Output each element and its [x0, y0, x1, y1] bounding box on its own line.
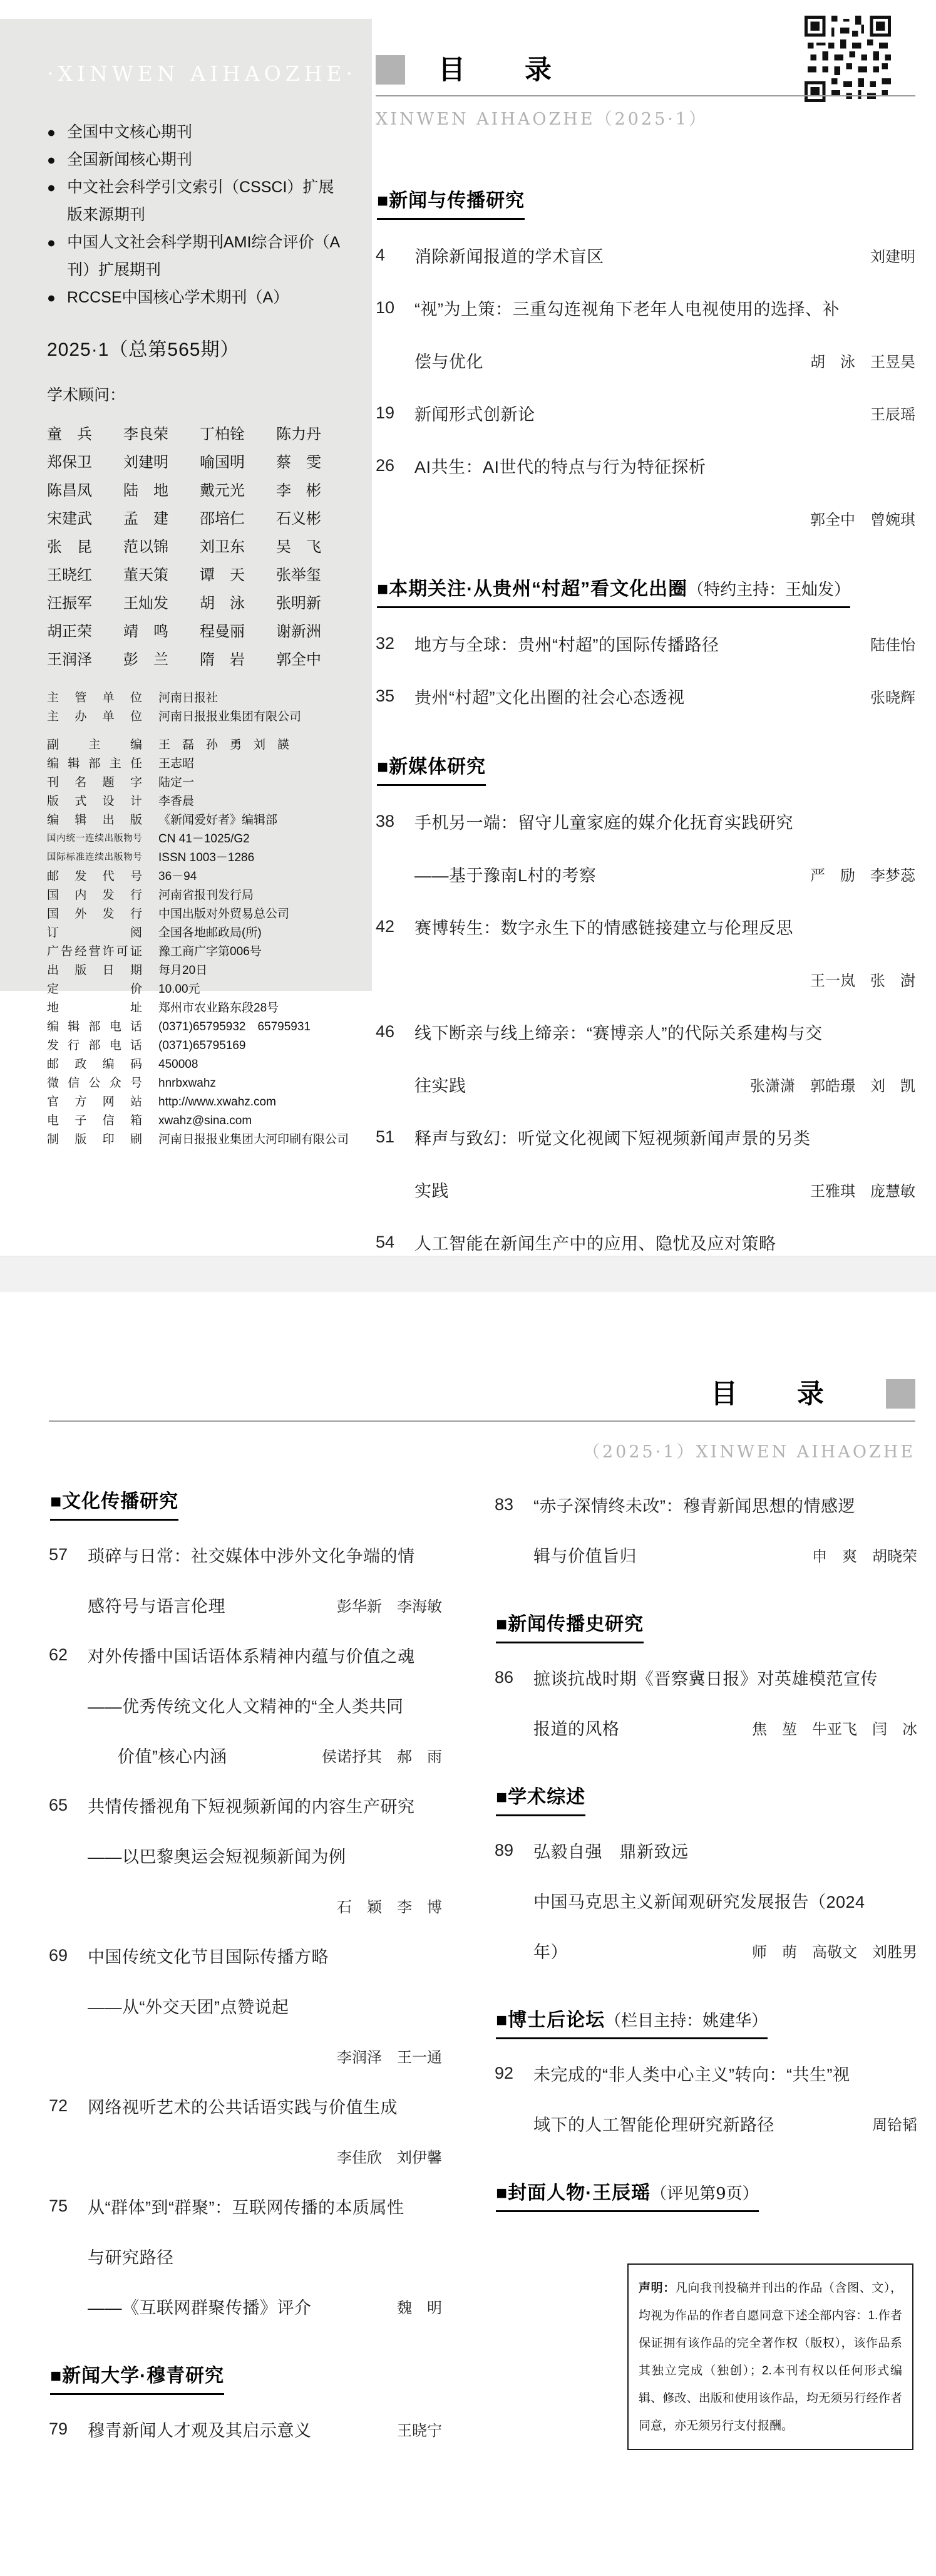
accolade-item: ●全国新闻核心期刊	[47, 146, 347, 173]
toc-entry-line: 92未完成的“非人类中心主义”转向：“共生”视	[495, 2048, 917, 2098]
info-value: 王志昭	[158, 756, 194, 772]
article-authors: 张晓辉	[858, 685, 915, 707]
toc-entry-line: 86摭谈抗战时期《晋察冀日报》对英雄模范宣传	[495, 1652, 917, 1702]
info-value: 豫工商广字第006号	[158, 944, 262, 960]
info-label: 地 址	[47, 1000, 142, 1016]
info-value: 河南日报报业集团大河印刷有限公司	[158, 1132, 349, 1147]
article-authors: 侯诺抒其 郝 雨	[309, 1744, 442, 1766]
article-authors: 陆佳怡	[858, 633, 915, 654]
info-value: 李香晨	[158, 794, 194, 809]
toc-entry: 35贵州“村超”文化出圈的社会心态透视张晓辉	[376, 670, 915, 722]
article-title: 贵州“村超”文化出圈的社会心态透视	[414, 684, 684, 708]
toc-section: ■新媒体研究38手机另一端：留守儿童家庭的媒介化抚育实践研究——基于豫南L村的考…	[376, 751, 915, 1256]
article-authors: 胡 泳 王昱昊	[798, 349, 915, 371]
advisor-name: 陈力丹	[276, 422, 349, 443]
toc-entry-line: 83“赤子深情终未改”：穆青新闻思想的情感逻	[495, 1479, 917, 1529]
toc-entry: 83“赤子深情终未改”：穆青新闻思想的情感逻辑与价值旨归申 爽 胡晓荣	[495, 1479, 917, 1580]
advisor-name: 郭全中	[276, 647, 349, 669]
toc-section: ■封面人物·王辰瑶（评见第9页）	[495, 2177, 917, 2212]
issue-number: 2025·1（总第565期）	[47, 334, 347, 361]
toc-entry: 42赛博转生：数字永生下的情感链接建立与伦理反思王一岚 张 澍	[376, 900, 915, 1005]
advisor-name: 靖 鸣	[123, 619, 196, 641]
page-number: 57	[49, 1545, 88, 1565]
section-title: ■新闻传播史研究	[496, 1614, 644, 1635]
advisor-name: 吴 飞	[276, 534, 349, 556]
advisors-label: 学术顾问：	[47, 383, 347, 405]
info-value: hnrbxwahz	[158, 1075, 216, 1091]
article-title: 手机另一端：留守儿童家庭的媒介化抚育实践研究	[414, 809, 793, 834]
info-row: 微信公众号hnrbxwahz	[47, 1075, 347, 1091]
info-row: 订 阅全国各地邮政局(所)	[47, 925, 347, 941]
info-label: 邮 政 编 码	[47, 1057, 142, 1072]
article-title: 线下断亲与线上缔亲：“赛博亲人”的代际关系建构与交	[414, 1020, 822, 1044]
toc-entry-line: 价值”核心内涵侯诺抒其 郝 雨	[49, 1730, 442, 1780]
publication-info-list: 主 管 单 位河南日报社主 办 单 位河南日报报业集团有限公司副 主 编王 磊 …	[47, 690, 347, 1147]
info-row: 国 内 发 行河南省报刊发行局	[47, 887, 347, 903]
article-title: 释声与致幻：听觉文化视阈下短视频新闻声景的另类	[414, 1125, 811, 1149]
page-number: 75	[49, 2196, 88, 2216]
article-authors: 师 萌 高敬文 刘胜男	[739, 1940, 917, 1962]
page-number: 65	[49, 1796, 88, 1815]
article-title: 消除新闻报道的学术盲区	[414, 243, 604, 267]
article-title: 赛博转生：数字永生下的情感链接建立与伦理反思	[414, 914, 793, 939]
advisor-name: 喻国明	[200, 450, 272, 472]
page-number: 46	[376, 1022, 414, 1042]
toc-entry-line: 10“视”为上策：三重勾连视角下老年人电视使用的选择、补	[376, 281, 915, 334]
toc-entry-line: 辑与价值旨归申 爽 胡晓荣	[495, 1529, 917, 1580]
info-value: ISSN 1003－1286	[158, 850, 254, 866]
info-row: 国际标准连续出版物号ISSN 1003－1286	[47, 850, 347, 866]
article-title: 摭谈抗战时期《晋察冀日报》对英雄模范宣传	[533, 1665, 878, 1690]
info-value: 河南省报刊发行局	[158, 887, 254, 903]
toc-right-column: 83“赤子深情终未改”：穆青新闻思想的情感逻辑与价值旨归申 爽 胡晓荣■新闻传播…	[495, 1479, 917, 2450]
info-label: 制 版 印 刷	[47, 1132, 142, 1147]
info-row: 电 子 信 箱xwahz@sina.com	[47, 1113, 347, 1129]
advisor-name: 范以锦	[123, 534, 196, 556]
section-title: ■本期关注·从贵州“村超”看文化出圈	[377, 579, 687, 599]
toc-section: ■新闻大学·穆青研究79穆青新闻人才观及其启示意义王晓宁	[49, 2360, 442, 2454]
advisor-name: 谭 天	[200, 562, 272, 584]
info-row: 邮 政 编 码450008	[47, 1057, 347, 1072]
bullet-icon: ●	[47, 146, 67, 173]
info-value: 郑州市农业路东段28号	[158, 1000, 279, 1016]
info-row: 发行部电话(0371)65795169	[47, 1038, 347, 1053]
toc-entry-line: 郭全中 曾婉琪	[376, 492, 915, 544]
toc-entry-line: 偿与优化胡 泳 王昱昊	[376, 334, 915, 386]
page-number: 72	[49, 2096, 88, 2116]
info-value: 10.00元	[158, 981, 200, 997]
article-authors: 彭华新 李海敏	[324, 1594, 442, 1616]
info-label: 版 式 设 计	[47, 794, 142, 809]
info-label: 刊 名 题 字	[47, 775, 142, 790]
advisor-name: 戴元光	[200, 478, 272, 500]
toc-section: 83“赤子深情终未改”：穆青新闻思想的情感逻辑与价值旨归申 爽 胡晓荣	[495, 1479, 917, 1580]
advisor-name: 郑保卫	[47, 450, 120, 472]
page-number: 26	[376, 456, 414, 475]
article-authors: 石 颖 李 博	[324, 1895, 442, 1916]
toc-entry-line: 62对外传播中国话语体系精神内蕴与价值之魂	[49, 1630, 442, 1680]
toc-entry-line: 李润泽 王一通	[49, 2030, 442, 2081]
article-title: 琐碎与日常：社交媒体中涉外文化争端的情	[88, 1543, 415, 1567]
advisors-grid: 童 兵李良荣丁柏铨陈力丹郑保卫刘建明喻国明蔡 雯陈昌凤陆 地戴元光李 彬宋建武孟…	[47, 422, 349, 669]
toc-entry: 38手机另一端：留守儿童家庭的媒介化抚育实践研究——基于豫南L村的考察严 励 李…	[376, 795, 915, 900]
toc-section: ■文化传播研究57琐碎与日常：社交媒体中涉外文化争端的情感符号与语言伦理彭华新 …	[49, 1486, 442, 2331]
advisor-name: 程曼丽	[200, 619, 272, 641]
toc-entry-line: 38手机另一端：留守儿童家庭的媒介化抚育实践研究	[376, 795, 915, 847]
toc-entry-line: 69中国传统文化节目国际传播方略	[49, 1930, 442, 1980]
advisor-name: 宋建武	[47, 506, 120, 528]
toc-entry-line: 65共情传播视角下短视频新闻的内容生产研究	[49, 1780, 442, 1830]
article-title: “视”为上策：三重勾连视角下老年人电视使用的选择、补	[414, 296, 840, 320]
article-title: 中国马克思主义新闻观研究发展报告（2024	[533, 1888, 865, 1913]
info-value: 36－94	[158, 869, 197, 884]
article-title: 新闻形式创新论	[414, 401, 535, 425]
info-value: 450008	[158, 1057, 198, 1072]
toc-entry-line: 与研究路径	[49, 2231, 442, 2281]
info-value: 陆定一	[158, 775, 194, 790]
toc-entry-line: 46线下断亲与线上缔亲：“赛博亲人”的代际关系建构与交	[376, 1005, 915, 1058]
toc-entry-line: 域下的人工智能伦理研究新路径周铪韬	[495, 2098, 917, 2148]
advisor-name: 童 兵	[47, 422, 120, 443]
toc-entry: 62对外传播中国话语体系精神内蕴与价值之魂——优秀传统文化人文精神的“全人类共同…	[49, 1630, 442, 1780]
article-authors: 张潇潇 郭皓璟 刘 凯	[738, 1073, 915, 1095]
advisor-name: 王润泽	[47, 647, 120, 669]
journal-info-sidebar: ·XINWEN AIHAOZHE· ●全国中文核心期刊●全国新闻核心期刊●中文社…	[0, 19, 372, 991]
toc-entry: 32地方与全球：贵州“村超”的国际传播路径陆佳怡	[376, 617, 915, 670]
info-label: 副 主 编	[47, 737, 142, 753]
toc-entry-line: 中国马克思主义新闻观研究发展报告（2024	[495, 1875, 917, 1925]
toc-entry-line: 年）师 萌 高敬文 刘胜男	[495, 1925, 917, 1975]
info-value: 《新闻爱好者》编辑部	[158, 812, 277, 828]
toc-entry-line: 89弘毅自强 鼎新致远	[495, 1825, 917, 1875]
toc-entry: 86摭谈抗战时期《晋察冀日报》对英雄模范宣传报道的风格焦 堃 牛亚飞 闫 冰	[495, 1652, 917, 1752]
article-title: 域下的人工智能伦理研究新路径	[533, 2111, 774, 2136]
advisor-name: 李良荣	[123, 422, 196, 443]
info-value: 河南日报报业集团有限公司	[158, 709, 301, 725]
info-value: (0371)65795932 65795931	[158, 1019, 311, 1035]
article-title: 未完成的“非人类中心主义”转向：“共生”视	[533, 2061, 850, 2086]
advisor-name: 刘卫东	[200, 534, 272, 556]
advisor-name: 谢新洲	[276, 619, 349, 641]
section-header: ■新媒体研究	[377, 751, 915, 786]
article-title: 与研究路径	[88, 2244, 174, 2268]
info-label: 电 子 信 箱	[47, 1113, 142, 1129]
section-header: ■新闻与传播研究	[377, 185, 915, 220]
advisor-name: 隋 岩	[200, 647, 272, 669]
toc-entry: 92未完成的“非人类中心主义”转向：“共生”视域下的人工智能伦理研究新路径周铪韬	[495, 2048, 917, 2148]
advisor-name: 胡 泳	[200, 591, 272, 613]
article-title: 往实践	[414, 1072, 466, 1097]
page-number: 35	[376, 686, 414, 706]
info-label: 广告经营许可证	[47, 944, 142, 960]
advisor-name: 张 昆	[47, 534, 120, 556]
info-row: 定 价10.00元	[47, 981, 347, 997]
toc-entry-line: 35贵州“村超”文化出圈的社会心态透视张晓辉	[376, 670, 915, 722]
advisor-name: 张明新	[276, 591, 349, 613]
accolade-item: ●全国中文核心期刊	[47, 118, 347, 146]
info-label: 国内统一连续出版物号	[47, 831, 142, 847]
info-label: 主 管 单 位	[47, 690, 142, 706]
toc-header-rule	[49, 1420, 915, 1422]
article-authors: 魏 明	[384, 2295, 442, 2317]
advisor-name: 王灿发	[123, 591, 196, 613]
page-number: 86	[495, 1668, 533, 1687]
info-value: 王 磊 孙 勇 刘 韺	[158, 737, 289, 753]
toc-entry: 4消除新闻报道的学术盲区刘建明	[376, 229, 915, 281]
article-authors: 王辰瑶	[858, 402, 915, 424]
toc-subtitle: （2025·1）XINWEN AIHAOZHE	[583, 1438, 915, 1462]
journal-masthead: ·XINWEN AIHAOZHE·	[47, 61, 347, 86]
article-title: 对外传播中国话语体系精神内蕴与价值之魂	[88, 1643, 415, 1667]
article-authors: 郭全中 曾婉琪	[798, 507, 915, 529]
info-value: xwahz@sina.com	[158, 1113, 252, 1129]
article-title: 中国传统文化节目国际传播方略	[88, 1943, 329, 1968]
toc-entry: 75从“群体”到“群聚”：互联网传播的本质属性与研究路径——《互联网群聚传播》评…	[49, 2181, 442, 2331]
section-title: ■新闻与传播研究	[377, 190, 525, 211]
article-title: 年）	[533, 1938, 568, 1963]
advisor-name: 邵培仁	[200, 506, 272, 528]
info-label: 编 辑 出 版	[47, 812, 142, 828]
toc-entry-line: ——优秀传统文化人文精神的“全人类共同	[49, 1680, 442, 1730]
toc-entry: 51释声与致幻：听觉文化视阈下短视频新闻声景的另类实践王雅琪 庞慧敏	[376, 1110, 915, 1216]
section-title: ■封面人物·王辰瑶	[496, 2183, 651, 2203]
advisor-name: 彭 兰	[123, 647, 196, 669]
article-title: “赤子深情终未改”：穆青新闻思想的情感逻	[533, 1492, 855, 1517]
article-authors: 李佳欣 刘伊馨	[324, 2145, 442, 2167]
article-authors: 王一岚 张 澍	[798, 968, 915, 990]
section-header: ■新闻传播史研究	[496, 1608, 917, 1643]
article-title: 从“群体”到“群聚”：互联网传播的本质属性	[88, 2194, 404, 2218]
toc-main-column: 目 录 XINWEN AIHAOZHE（2025·1）	[376, 38, 915, 130]
article-title: ——以巴黎奥运会短视频新闻为例	[88, 1843, 346, 1868]
accolade-text: 全国新闻核心期刊	[67, 151, 192, 168]
toc-entry-line: 感符号与语言伦理彭华新 李海敏	[49, 1580, 442, 1630]
advisor-name: 王晓红	[47, 562, 120, 584]
advisor-name: 孟 建	[123, 506, 196, 528]
article-title: 共情传播视角下短视频新闻的内容生产研究	[88, 1793, 415, 1818]
toc-entry-line: ——以巴黎奥运会短视频新闻为例	[49, 1830, 442, 1880]
article-authors: 李润泽 王一通	[324, 2045, 442, 2067]
toc-page-2: 目 录 （2025·1）XINWEN AIHAOZHE ■文化传播研究57琐碎与…	[0, 1291, 936, 2576]
page-number: 92	[495, 2064, 533, 2083]
info-label: 国际标准连续出版物号	[47, 850, 142, 866]
info-label: 编辑部电话	[47, 1019, 142, 1035]
info-label: 发行部电话	[47, 1038, 142, 1053]
advisor-name: 陆 地	[123, 478, 196, 500]
info-value: 中国出版对外贸易总公司	[158, 906, 289, 922]
info-value: http://www.xwahz.com	[158, 1094, 276, 1110]
toc-section: ■博士后论坛（栏目主持：姚建华）92未完成的“非人类中心主义”转向：“共生”视域…	[495, 2004, 917, 2148]
article-title: 偿与优化	[414, 348, 483, 373]
toc-entry-line: 报道的风格焦 堃 牛亚飞 闫 冰	[495, 1702, 917, 1752]
section-title: ■博士后论坛	[496, 2010, 605, 2030]
toc-entry-line: ——从“外交天团”点赞说起	[49, 1980, 442, 2030]
article-authors: 严 励 李梦蕊	[798, 863, 915, 885]
advisor-name: 石义彬	[276, 506, 349, 528]
toc-section: ■新闻与传播研究4消除新闻报道的学术盲区刘建明10“视”为上策：三重勾连视角下老…	[376, 185, 915, 544]
article-authors: 王晓宁	[384, 2418, 442, 2440]
toc-section: ■本期关注·从贵州“村超”看文化出圈（特约主持：王灿发）32地方与全球：贵州“村…	[376, 573, 915, 722]
info-row: 广告经营许可证豫工商广字第006号	[47, 944, 347, 960]
section-header: ■学术综述	[496, 1781, 917, 1816]
info-row: 编 辑 出 版《新闻爱好者》编辑部	[47, 812, 347, 828]
section-note: （栏目主持：姚建华）	[605, 2012, 768, 2030]
section-note: （特约主持：王灿发）	[687, 581, 850, 599]
page-number: 10	[376, 298, 414, 318]
advisor-name: 李 彬	[276, 478, 349, 500]
page-number: 19	[376, 403, 414, 423]
accolade-text: 中国人文社会科学期刊AMI综合评价（A刊）扩展期刊	[67, 234, 340, 279]
toc-entry: 19新闻形式创新论王辰瑶	[376, 386, 915, 439]
toc-entry-line: 42赛博转生：数字永生下的情感链接建立与伦理反思	[376, 900, 915, 953]
info-label: 邮 发 代 号	[47, 869, 142, 884]
info-row: 版 式 设 计李香晨	[47, 794, 347, 809]
bullet-icon: ●	[47, 284, 67, 311]
page-number: 62	[49, 1645, 88, 1665]
toc-entry: 26AI共生：AI世代的特点与行为特征探析郭全中 曾婉琪	[376, 439, 915, 544]
page-number: 54	[376, 1233, 414, 1252]
info-label: 编辑部主任	[47, 756, 142, 772]
info-row: 主 管 单 位河南日报社	[47, 690, 347, 706]
info-row: 编辑部主任王志昭	[47, 756, 347, 772]
info-row: 国 外 发 行中国出版对外贸易总公司	[47, 906, 347, 922]
article-title: 穆青新闻人才观及其启示意义	[88, 2417, 312, 2441]
info-row: 出 版 日 期每月20日	[47, 963, 347, 978]
advisor-name: 胡正荣	[47, 619, 120, 641]
page-number: 42	[376, 917, 414, 936]
toc-entry-line: 往实践张潇潇 郭皓璟 刘 凯	[376, 1058, 915, 1110]
accolade-text: RCCSE中国核心学术期刊（A）	[67, 289, 289, 306]
info-label: 订 阅	[47, 925, 142, 941]
copyright-statement: 声明：凡向我刊投稿并刊出的作品（含图、文），均视为作品的作者自愿同意下述全部内容…	[627, 2263, 913, 2450]
toc-entry-line: 75从“群体”到“群聚”：互联网传播的本质属性	[49, 2181, 442, 2231]
info-label: 主 办 单 位	[47, 709, 142, 725]
article-title: 价值”核心内涵	[88, 1743, 227, 1767]
bullet-icon: ●	[47, 118, 67, 146]
info-label: 定 价	[47, 981, 142, 997]
toc-entry-line: 72网络视听艺术的公共话语实践与价值生成	[49, 2081, 442, 2131]
info-row: 编辑部电话(0371)65795932 65795931	[47, 1019, 347, 1035]
toc-entry-line: 19新闻形式创新论王辰瑶	[376, 386, 915, 439]
toc-entry: 72网络视听艺术的公共话语实践与价值生成李佳欣 刘伊馨	[49, 2081, 442, 2181]
advisor-name: 蔡 雯	[276, 450, 349, 472]
article-authors: 申 爽 胡晓荣	[800, 1544, 917, 1566]
accolade-list: ●全国中文核心期刊●全国新闻核心期刊●中文社会科学引文索引（CSSCI）扩展版来…	[47, 118, 347, 311]
toc-entry: 46线下断亲与线上缔亲：“赛博亲人”的代际关系建构与交往实践张潇潇 郭皓璟 刘 …	[376, 1005, 915, 1110]
section-note: （评见第9页）	[651, 2185, 759, 2203]
page-number: 38	[376, 812, 414, 831]
advisor-name: 董天策	[123, 562, 196, 584]
section-header: ■文化传播研究	[50, 1486, 442, 1521]
accolade-text: 全国中文核心期刊	[67, 123, 192, 141]
statement-label: 声明：	[639, 2282, 676, 2295]
toc-section: ■新闻传播史研究86摭谈抗战时期《晋察冀日报》对英雄模范宣传报道的风格焦 堃 牛…	[495, 1608, 917, 1752]
article-title: AI共生：AI世代的特点与行为特征探析	[414, 453, 706, 478]
toc-entry: 54人工智能在新闻生产中的应用、隐忧及应对策略于天姝 顾理平	[376, 1216, 915, 1256]
toc-entry-line: 实践王雅琪 庞慧敏	[376, 1163, 915, 1216]
toc-entry-line: 26AI共生：AI世代的特点与行为特征探析	[376, 439, 915, 492]
article-title: 实践	[414, 1177, 449, 1202]
toc-page-1: ·XINWEN AIHAOZHE· ●全国中文核心期刊●全国新闻核心期刊●中文社…	[0, 0, 936, 1256]
section-header: ■新闻大学·穆青研究	[50, 2360, 442, 2395]
toc-page-title: 目 录	[438, 49, 568, 87]
section-title: ■新闻大学·穆青研究	[50, 2366, 224, 2386]
toc-entry: 65共情传播视角下短视频新闻的内容生产研究——以巴黎奥运会短视频新闻为例石 颖 …	[49, 1780, 442, 1930]
statement-body: 凡向我刊投稿并刊出的作品（含图、文），均视为作品的作者自愿同意下述全部内容：1.…	[639, 2282, 902, 2433]
bullet-icon: ●	[47, 173, 67, 201]
article-title: 感符号与语言伦理	[88, 1593, 225, 1617]
advisor-name: 张举玺	[276, 562, 349, 584]
info-label: 出 版 日 期	[47, 963, 142, 978]
page-number: 51	[376, 1127, 414, 1147]
article-authors: 周铪韬	[860, 2113, 917, 2134]
info-label: 国 内 发 行	[47, 887, 142, 903]
info-row: 邮 发 代 号36－94	[47, 869, 347, 884]
toc-entry: 10“视”为上策：三重勾连视角下老年人电视使用的选择、补偿与优化胡 泳 王昱昊	[376, 281, 915, 386]
toc-entry: 79穆青新闻人才观及其启示意义王晓宁	[49, 2404, 442, 2454]
accolade-item: ●RCCSE中国核心学术期刊（A）	[47, 284, 347, 311]
accolade-text: 中文社会科学引文索引（CSSCI）扩展版来源期刊	[67, 178, 334, 224]
toc-header-rule	[376, 95, 915, 96]
toc-left-column: ■文化传播研究57琐碎与日常：社交媒体中涉外文化争端的情感符号与语言伦理彭华新 …	[49, 1479, 442, 2454]
info-value: (0371)65795169	[158, 1038, 245, 1053]
info-row: 地 址郑州市农业路东段28号	[47, 1000, 347, 1016]
article-title: 地方与全球：贵州“村超”的国际传播路径	[414, 631, 719, 656]
page-number: 69	[49, 1946, 88, 1965]
toc-entry-line: 4消除新闻报道的学术盲区刘建明	[376, 229, 915, 281]
info-value: 河南日报社	[158, 690, 218, 706]
toc-entry-line: ——基于豫南L村的考察严 励 李梦蕊	[376, 847, 915, 900]
toc-entry-line: 王一岚 张 澍	[376, 953, 915, 1005]
page-number: 4	[376, 246, 414, 265]
article-title: ——《互联网群聚传播》评介	[88, 2294, 312, 2319]
section-title: ■学术综述	[496, 1787, 585, 1808]
article-authors: 王雅琪 庞慧敏	[798, 1179, 915, 1201]
article-title: ——基于豫南L村的考察	[414, 862, 597, 886]
toc-entry-line: ——《互联网群聚传播》评介魏 明	[49, 2281, 442, 2331]
toc-entry: 57琐碎与日常：社交媒体中涉外文化争端的情感符号与语言伦理彭华新 李海敏	[49, 1529, 442, 1630]
toc-entry-line: 57琐碎与日常：社交媒体中涉外文化争端的情	[49, 1529, 442, 1580]
article-authors: 刘建明	[858, 244, 915, 266]
toc-entry: 89弘毅自强 鼎新致远中国马克思主义新闻观研究发展报告（2024年）师 萌 高敬…	[495, 1825, 917, 1975]
page-number: 89	[495, 1841, 533, 1860]
toc-entry-line: 79穆青新闻人才观及其启示意义王晓宁	[49, 2404, 442, 2454]
page-number: 79	[49, 2419, 88, 2439]
advisor-name: 陈昌凤	[47, 478, 120, 500]
section-header: ■博士后论坛（栏目主持：姚建华）	[496, 2004, 917, 2039]
bullet-icon: ●	[47, 229, 67, 256]
info-label: 微信公众号	[47, 1075, 142, 1091]
article-title: 弘毅自强 鼎新致远	[533, 1838, 689, 1863]
toc-sections-page1: ■新闻与传播研究4消除新闻报道的学术盲区刘建明10“视”为上策：三重勾连视角下老…	[376, 178, 915, 1256]
advisor-name: 汪振军	[47, 591, 120, 613]
section-header: ■本期关注·从贵州“村超”看文化出圈（特约主持：王灿发）	[377, 573, 915, 608]
article-title: ——从“外交天团”点赞说起	[88, 1994, 289, 2018]
accolade-item: ●中文社会科学引文索引（CSSCI）扩展版来源期刊	[47, 173, 347, 229]
advisor-name: 丁柏铨	[200, 422, 272, 443]
toc-entry: 69中国传统文化节目国际传播方略——从“外交天团”点赞说起李润泽 王一通	[49, 1930, 442, 2081]
article-title: 人工智能在新闻生产中的应用、隐忧及应对策略	[414, 1230, 776, 1254]
article-authors: 焦 堃 牛亚飞 闫 冰	[739, 1717, 917, 1739]
info-row: 国内统一连续出版物号CN 41－1025/G2	[47, 831, 347, 847]
toc-section: ■学术综述89弘毅自强 鼎新致远中国马克思主义新闻观研究发展报告（2024年）师…	[495, 1781, 917, 1975]
toc-entry-line: 石 颖 李 博	[49, 1880, 442, 1930]
article-title: 报道的风格	[533, 1715, 620, 1740]
page-number: 83	[495, 1495, 533, 1514]
page-number: 32	[376, 634, 414, 653]
info-row: 副 主 编王 磊 孙 勇 刘 韺	[47, 737, 347, 753]
info-row: 制 版 印 刷河南日报报业集团大河印刷有限公司	[47, 1132, 347, 1147]
